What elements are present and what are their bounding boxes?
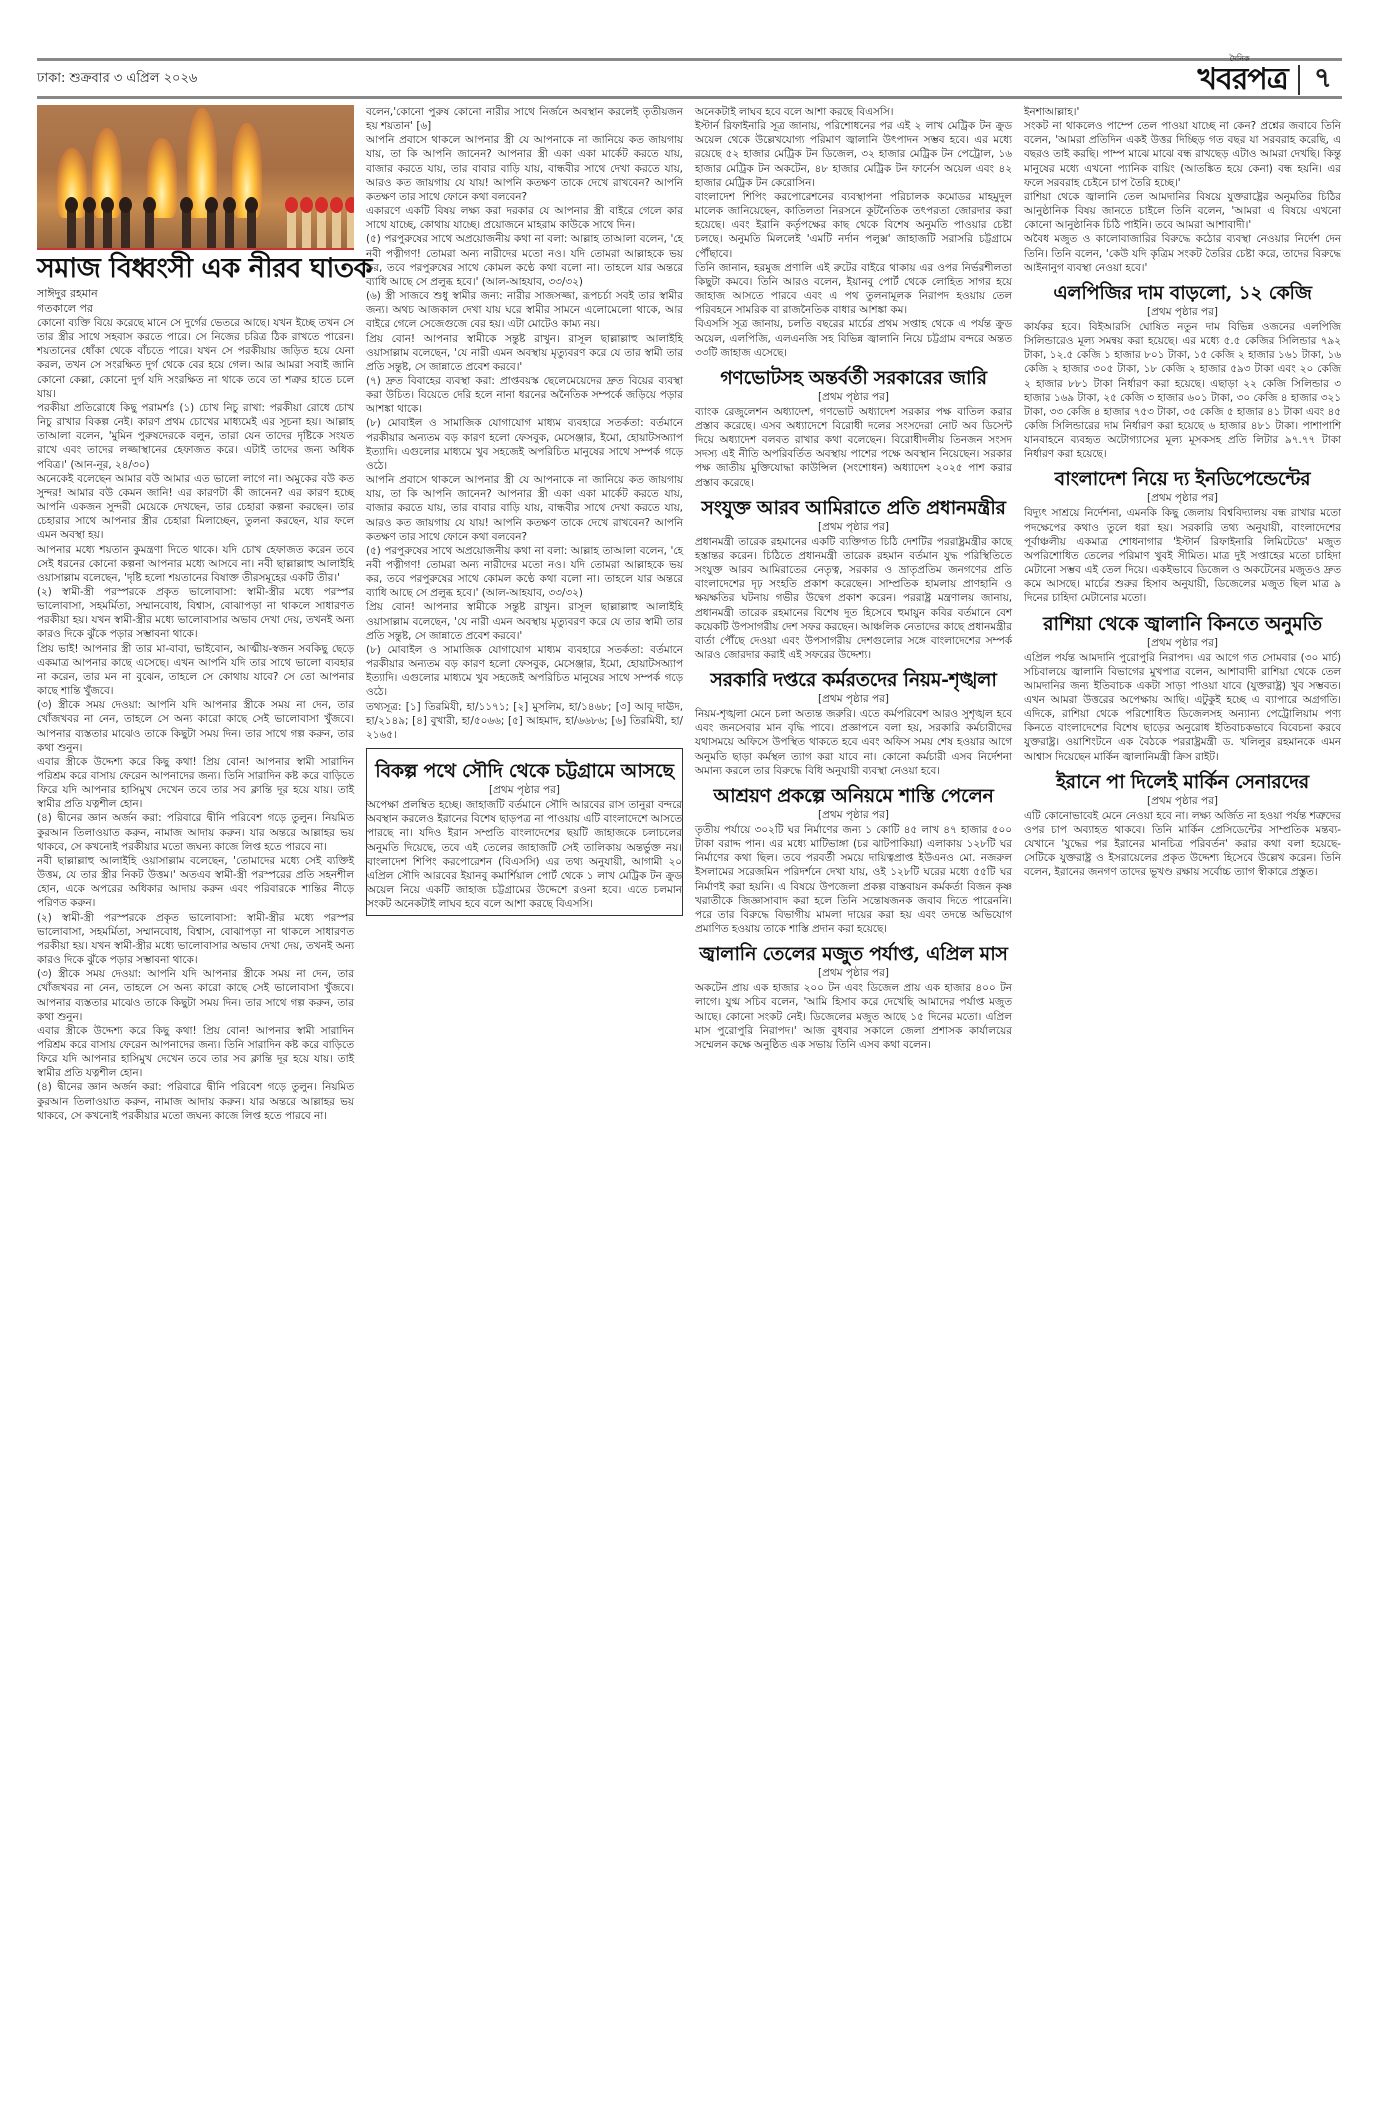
paragraph: ব্যাংক রেজুলেশন অধ্যাদেশ, গণভোট অধ্যাদেশ… <box>695 405 1012 490</box>
article-headline: গণভোটসহ অন্তর্বর্তী সরকারের জারি <box>695 366 1012 390</box>
paragraph: এবার স্ত্রীকে উদ্দেশ্য করে কিছু কথা! প্র… <box>37 1024 354 1081</box>
paragraph: বলেন,'কোনো পুরুষ কোনো নারীর সাথে নির্জনে… <box>366 105 683 133</box>
paragraph: (৩) স্ত্রীকে সময় দেওয়া: আপনি যদি আপনার… <box>37 967 354 1024</box>
paragraph: (২) স্বামী-স্ত্রী পরস্পরকে প্রকৃত ভালোবা… <box>37 911 354 968</box>
paragraph: অনেকেই বলেছেন আমার বউ আমার এত ভালো লাগে … <box>37 472 354 543</box>
paragraph: (৮) মোবাইল ও সামাজিক যোগাযোগ মাধ্যম ব্যব… <box>366 416 683 473</box>
paragraph: নবী ছাল্লাল্লাহু আলাইহি ওয়াসাল্লাম বলেছ… <box>37 854 354 911</box>
references: তথ্যসূত্র: [১] তিরমিযী, হা/১১৭১; [২] মুস… <box>366 700 683 742</box>
article-headline: বিকল্প পথে সৌদি থেকে চট্টগ্রামে আসছে <box>367 759 682 783</box>
paragraph: এবার স্ত্রীকে উদ্দেশ্য করে কিছু কথা! প্র… <box>37 755 354 812</box>
paragraph: আপনার মধ্যে শয়তান কুমন্ত্রণা দিতে থাকে।… <box>37 543 354 585</box>
continued-label: [প্রথম পৃষ্ঠার পর] <box>695 520 1012 534</box>
article-headline: সমাজ বিধ্বংসী এক নীরব ঘাতক <box>37 252 354 286</box>
paragraph: (৩) স্ত্রীকে সময় দেওয়া: আপনি যদি আপনার… <box>37 698 354 755</box>
logo-small-text: দৈনিক <box>1229 55 1249 63</box>
column-4: ইনশাআল্লাহ।' সংকট না থাকলেও পাম্পে তেল প… <box>1024 105 1341 1123</box>
paragraph: অনেকটাই লাঘব হবে বলে আশা করছে বিএসসি। <box>695 105 1012 119</box>
article-headline: রাশিয়া থেকে জ্বালানি কিনতে অনুমতি <box>1024 612 1341 636</box>
paragraph: প্রধানমন্ত্রী তারেক রহমানের একটি ব্যক্তি… <box>695 535 1012 662</box>
logo-text: খবরপত্র <box>1197 62 1287 97</box>
continued-label: [প্রথম পৃষ্ঠার পর] <box>695 390 1012 404</box>
paragraph: ইনশাআল্লাহ।' <box>1024 105 1341 119</box>
paragraph: তৃতীয় পর্যায়ে ৩০২টি ঘর নির্মাণের জন্য … <box>695 823 1012 936</box>
column-1: সমাজ বিধ্বংসী এক নীরব ঘাতক সাঈদুর রহমান … <box>37 105 354 1123</box>
paragraph: এপ্রিল পর্যন্ত আমদানি পুরোপুরি নিরাপদ। এ… <box>1024 651 1341 764</box>
paragraph: (২) স্বামী-স্ত্রী পরস্পরকে প্রকৃত ভালোবা… <box>37 585 354 642</box>
paragraph: ইস্টার্ন রিফাইনারি সূত্র জানায়, পরিশোধন… <box>695 119 1012 190</box>
article-headline: ইরানে পা দিলেই মার্কিন সেনারদের <box>1024 770 1341 794</box>
paragraph: বিদ্যুৎ সাশ্রয়ে নির্দেশনা, এমনকি কিছু জ… <box>1024 506 1341 605</box>
paragraph: (৬) স্ত্রী সাজবে শুধু স্বামীর জন্য: নারী… <box>366 289 683 331</box>
article-headline: সংযুক্ত আরব আমিরাতে প্রতি প্রধানমন্ত্রীর <box>695 496 1012 520</box>
paragraph: প্রিয় ভাই! আপনার স্ত্রী তার মা-বাবা, ভা… <box>37 642 354 699</box>
paragraph: প্রিয় বোন! আপনার স্বামীকে সন্তুষ্ট রাখু… <box>366 332 683 374</box>
paragraph: প্রিয় বোন! আপনার স্বামীকে সন্তুষ্ট রাখু… <box>366 600 683 642</box>
paragraph: অবৈধ মজুত ও কালোবাজারির বিরুদ্ধে কঠোর ব্… <box>1024 232 1341 274</box>
page-header: ঢাকা: শুক্রবার ৩ এপ্রিল ২০২৬ দৈনিক খবরপত… <box>37 63 1342 99</box>
article-headline: সরকারি দপ্তরে কর্মরতদের নিয়ম-শৃঙ্খলা <box>695 668 1012 692</box>
continued-label: [প্রথম পৃষ্ঠার পর] <box>695 692 1012 706</box>
paragraph: (৫) পরপুরুষের সাথে অপ্রয়োজনীয় কথা না ব… <box>366 544 683 601</box>
continued-label: [প্রথম পৃষ্ঠার পর] <box>695 808 1012 822</box>
paragraph: রাশিয়া থেকে জ্বালানি তেল আমদানির বিষয়ে… <box>1024 190 1341 232</box>
paragraph: পরকীয়া প্রতিরোধে কিছু পরামর্শঃ (১) চোখ … <box>37 401 354 472</box>
paragraph: একারণে একটি বিষয় লক্ষ্য করা দরকার যে আপ… <box>366 204 683 232</box>
paragraph: এটি কোনোভাবেই মেনে নেওয়া হবে না। লক্ষ্য… <box>1024 809 1341 880</box>
continued-label: [প্রথম পৃষ্ঠার পর] <box>367 783 682 797</box>
continued-label: গতকালে পর <box>37 301 354 316</box>
continued-label: [প্রথম পৃষ্ঠার পর] <box>695 966 1012 980</box>
paragraph: আপনি প্রবাসে থাকলে আপনার স্ত্রী যে আপনাক… <box>366 133 683 204</box>
newspaper-page: ঢাকা: শুক্রবার ৩ এপ্রিল ২০২৬ দৈনিক খবরপত… <box>37 58 1342 1123</box>
paragraph: (৪) দ্বীনের জ্ঞান অর্জন করা: পরিবারে দ্ব… <box>37 1080 354 1122</box>
paragraph: কার্যকর হবে। বিইআরসি ঘোষিত নতুন দাম বিভি… <box>1024 320 1341 462</box>
continued-label: [প্রথম পৃষ্ঠার পর] <box>1024 305 1341 319</box>
article-headline: এলপিজির দাম বাড়লো, ১২ কেজি <box>1024 281 1341 305</box>
paragraph: বাংলাদেশ শিপিং করপোরেশনের ব্যবস্থাপনা পর… <box>695 190 1012 261</box>
top-rule <box>37 58 1342 61</box>
article-box: বিকল্প পথে সৌদি থেকে চট্টগ্রামে আসছে [প্… <box>366 748 683 916</box>
paragraph: অপেক্ষা প্রলম্বিত হচ্ছে। জাহাজটি বর্তমান… <box>367 798 682 911</box>
paragraph: নিয়ম-শৃঙ্খলা মেনে চলা অত্যন্ত জরুরি। এত… <box>695 707 1012 778</box>
masthead: দৈনিক খবরপত্র ৭ <box>1197 56 1342 103</box>
continued-label: [প্রথম পৃষ্ঠার পর] <box>1024 636 1341 650</box>
newspaper-logo: দৈনিক খবরপত্র <box>1197 65 1299 95</box>
page-number: ৭ <box>1300 56 1342 103</box>
paragraph: (৭) দ্রুত বিবাহের ব্যবস্থা করা: প্রাপ্তব… <box>366 374 683 416</box>
paragraph: অকটেন প্রায় এক হাজার ২০০ টন এবং ডিজেল প… <box>695 981 1012 1052</box>
paragraph: (৪) দ্বীনের জ্ঞান অর্জন করা: পরিবারে দ্ব… <box>37 811 354 853</box>
paragraph: কোনো ব্যক্তি বিয়ে করেছে মানে সে দুর্গের… <box>37 316 354 401</box>
burning-matchsticks-image <box>37 105 354 250</box>
column-2: বলেন,'কোনো পুরুষ কোনো নারীর সাথে নির্জনে… <box>366 105 683 1123</box>
paragraph: তিনি জানান, হরমুজ প্রণালি এই রুটের বাইরে… <box>695 261 1012 318</box>
paragraph: (৮) মোবাইল ও সামাজিক যোগাযোগ মাধ্যম ব্যব… <box>366 643 683 700</box>
author: সাঈদুর রহমান <box>37 286 354 301</box>
paragraph: আপনি প্রবাসে থাকলে আপনার স্ত্রী যে আপনাক… <box>366 473 683 544</box>
continued-label: [প্রথম পৃষ্ঠার পর] <box>1024 491 1341 505</box>
paragraph: বিএসসি সূত্র জানায়, চলতি বছরের মার্চের … <box>695 317 1012 359</box>
article-headline: বাংলাদেশ নিয়ে দ্য ইনডিপেন্ডেন্টের <box>1024 467 1341 491</box>
column-3: অনেকটাই লাঘব হবে বলে আশা করছে বিএসসি। ইস… <box>695 105 1012 1123</box>
article-headline: আশ্রয়ণ প্রকল্পে অনিয়মে শাস্তি পেলেন <box>695 784 1012 808</box>
continued-label: [প্রথম পৃষ্ঠার পর] <box>1024 794 1341 808</box>
dateline: ঢাকা: শুক্রবার ৩ এপ্রিল ২০২৬ <box>37 69 197 90</box>
columns: সমাজ বিধ্বংসী এক নীরব ঘাতক সাঈদুর রহমান … <box>37 105 1342 1123</box>
paragraph: সংকট না থাকলেও পাম্পে তেল পাওয়া যাচ্ছে … <box>1024 119 1341 190</box>
article-headline: জ্বালানি তেলের মজুত পর্যাপ্ত, এপ্রিল মাস <box>695 942 1012 966</box>
paragraph: (৫) পরপুরুষের সাথে অপ্রয়োজনীয় কথা না ব… <box>366 232 683 289</box>
